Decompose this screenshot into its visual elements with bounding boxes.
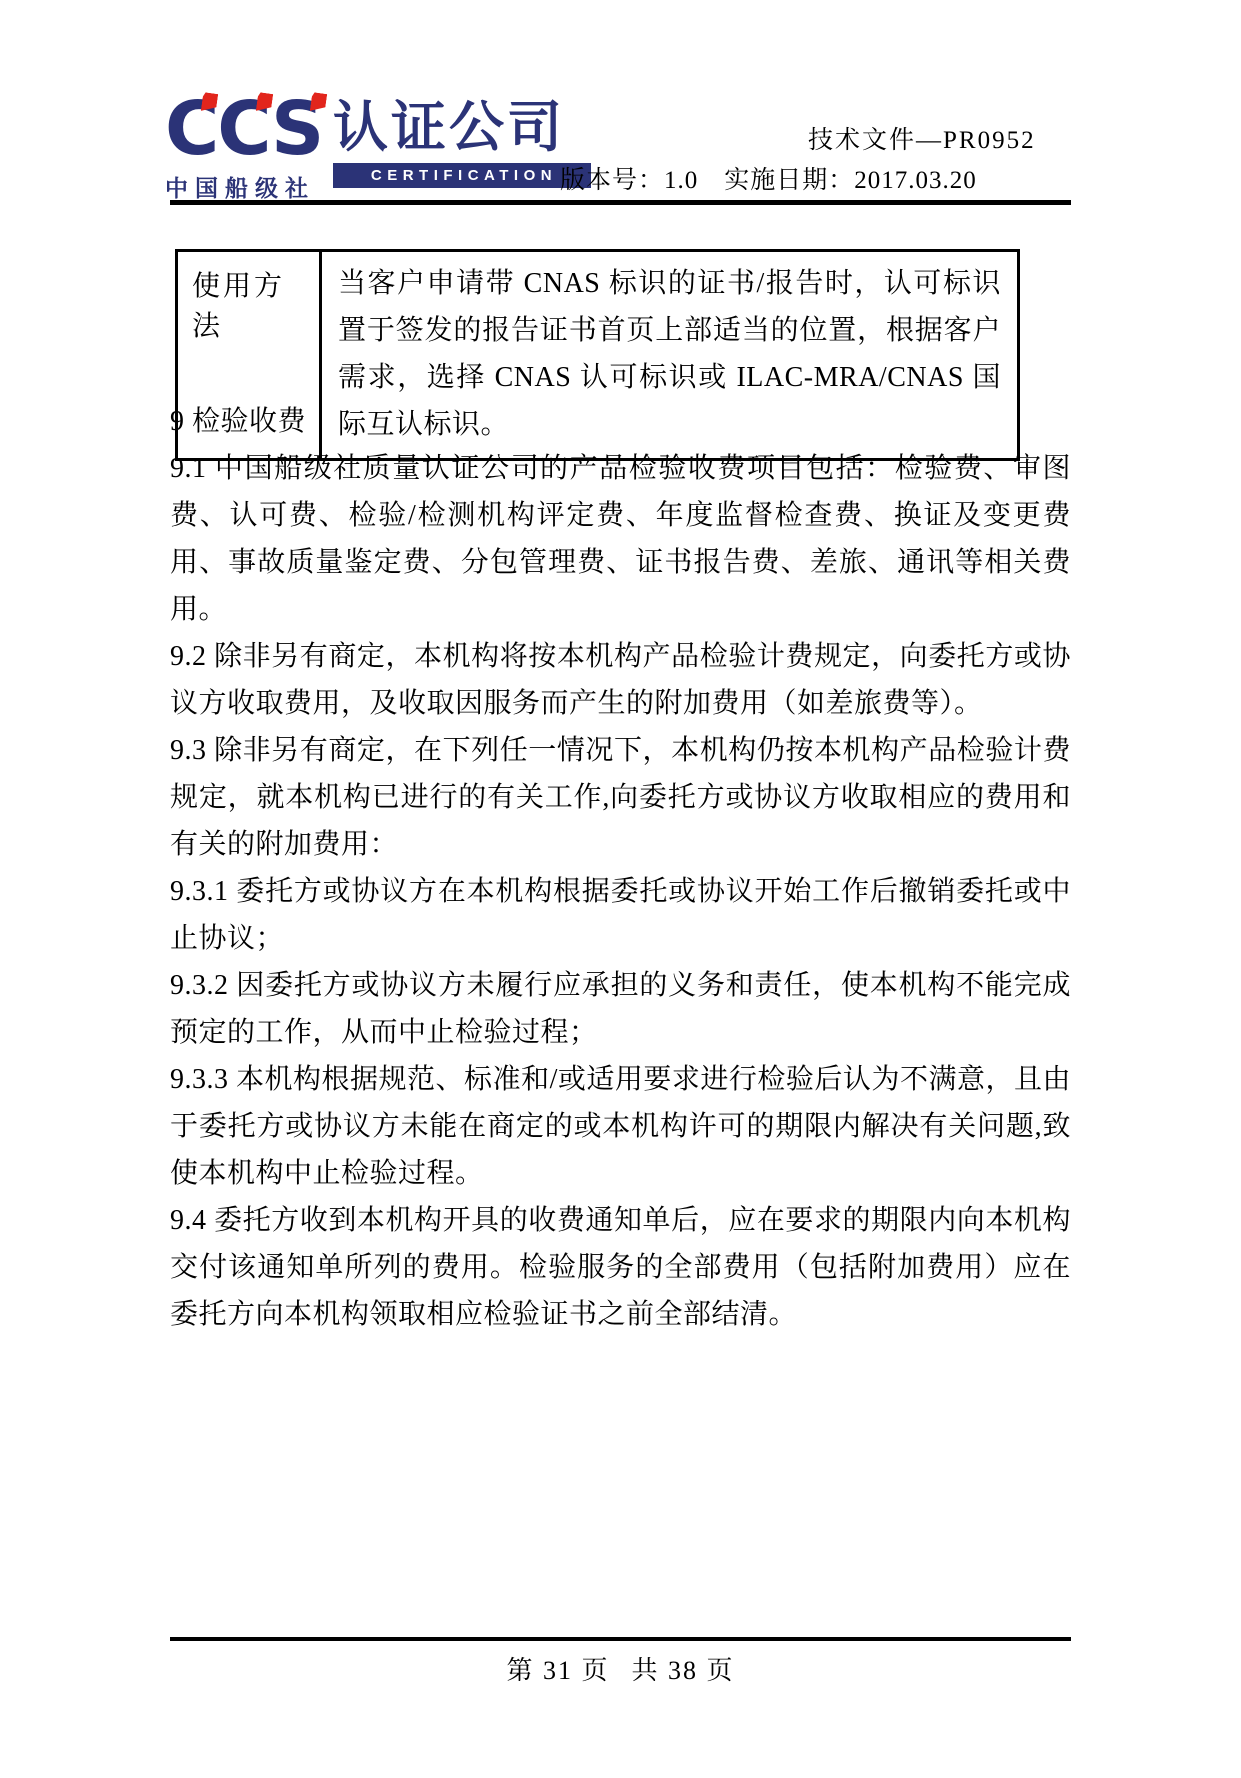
paragraph: 9.3.2 因委托方或协议方未履行应承担的义务和责任，使本机构不能完成预定的工作… — [170, 962, 1071, 1056]
paragraph: 9.3.3 本机构根据规范、标准和/或适用要求进行检验后认为不满意，且由于委托方… — [170, 1056, 1071, 1197]
logo-ccs-text: CCS — [165, 92, 322, 166]
ccs-logo: CCS 中国船级社 认证公司 CERTIFICATION — [165, 90, 595, 198]
logo-left-block: CCS 中国船级社 — [165, 90, 330, 198]
paragraph: 9.1 中国船级社质量认证公司的产品检验收费项目包括：检验费、审图费、认可费、检… — [170, 445, 1071, 633]
logo-certification-bar: CERTIFICATION — [333, 163, 591, 188]
body-text: 9 检验收费9.1 中国船级社质量认证公司的产品检验收费项目包括：检验费、审图费… — [170, 398, 1071, 1338]
current-page-label: 第 31 页 — [506, 1656, 609, 1685]
logo-right-block: 认证公司 CERTIFICATION — [333, 96, 595, 188]
paragraph: 9 检验收费 — [170, 398, 1071, 445]
paragraph: 9.3.1 委托方或协议方在本机构根据委托或协议开始工作后撤销委托或中止协议； — [170, 868, 1071, 962]
page-number: 第 31 页共 38 页 — [170, 1650, 1071, 1687]
logo-company-name: 中国船级社 — [165, 170, 315, 203]
doc-type-title: 技术文件—PR0952 — [808, 120, 1036, 156]
footer-rule — [170, 1637, 1071, 1641]
version-label: 版本号：1.0 — [560, 167, 698, 194]
total-pages-label: 共 38 页 — [632, 1656, 735, 1685]
paragraph: 9.2 除非另有商定，本机构将按本机构产品检验计费规定，向委托方或协议方收取费用… — [170, 633, 1071, 727]
document-page: CCS 中国船级社 认证公司 CERTIFICATION 技术文件—PR0952… — [0, 0, 1241, 1778]
paragraph: 9.4 委托方收到本机构开具的收费通知单后，应在要求的期限内向本机构交付该通知单… — [170, 1197, 1071, 1338]
logo-brand-cn: 认证公司 — [333, 96, 595, 160]
implementation-date-label: 实施日期：2017.03.20 — [724, 167, 977, 194]
header-rule — [170, 200, 1071, 205]
paragraph: 9.3 除非另有商定，在下列任一情况下，本机构仍按本机构产品检验计费规定，就本机… — [170, 727, 1071, 868]
version-date-line: 版本号：1.0实施日期：2017.03.20 — [560, 160, 977, 196]
